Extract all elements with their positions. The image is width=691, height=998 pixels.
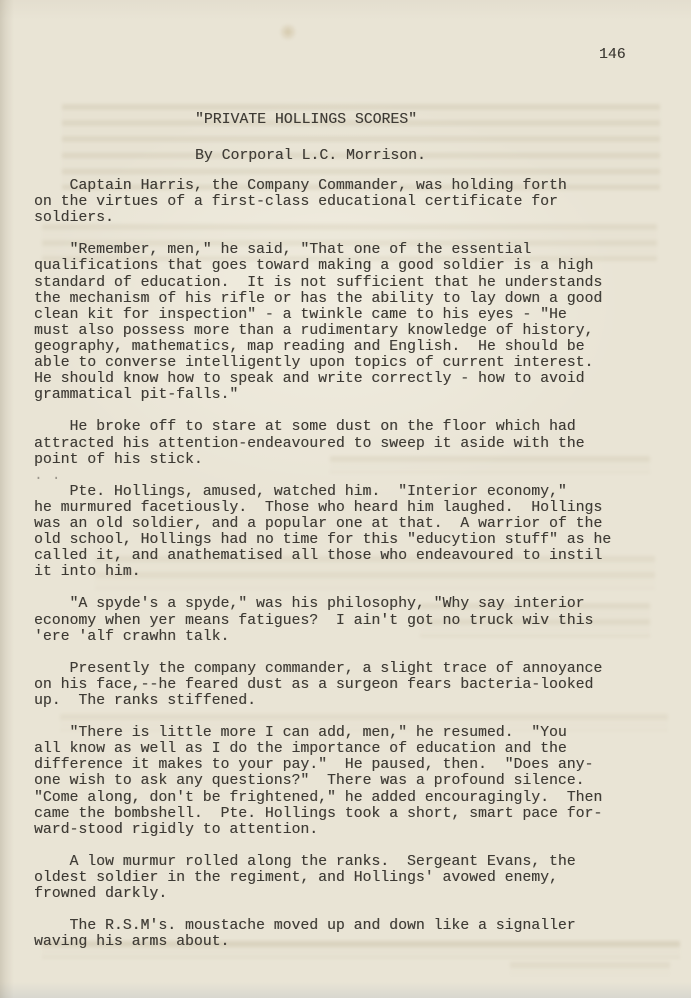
- article-body: Captain Harris, the Company Commander, w…: [34, 178, 658, 951]
- paper-stain: [278, 24, 298, 40]
- paragraph: The R.S.M's. moustache moved up and down…: [34, 918, 658, 950]
- paragraph: "There is little more I can add, men," h…: [34, 725, 658, 838]
- paragraph: Pte. Hollings, amused, watched him. "Int…: [34, 484, 658, 581]
- paragraph: Presently the company commander, a sligh…: [34, 661, 658, 709]
- article-byline: By Corporal L.C. Morrison.: [195, 148, 426, 164]
- bleedthrough-smudge: [510, 962, 670, 976]
- page-number: 146: [599, 47, 626, 63]
- paragraph: Captain Harris, the Company Commander, w…: [34, 178, 658, 226]
- article-title: "PRIVATE HOLLINGS SCORES": [195, 112, 417, 128]
- stray-typed-mark: . .: [34, 468, 658, 484]
- paragraph: "Remember, men," he said, "That one of t…: [34, 242, 658, 403]
- paragraph: "A spyde's a spyde," was his philosophy,…: [34, 596, 658, 644]
- document-page: 146 "PRIVATE HOLLINGS SCORES" By Corpora…: [0, 0, 691, 998]
- paragraph: A low murmur rolled along the ranks. Ser…: [34, 854, 658, 902]
- paragraph: He broke off to stare at some dust on th…: [34, 419, 658, 467]
